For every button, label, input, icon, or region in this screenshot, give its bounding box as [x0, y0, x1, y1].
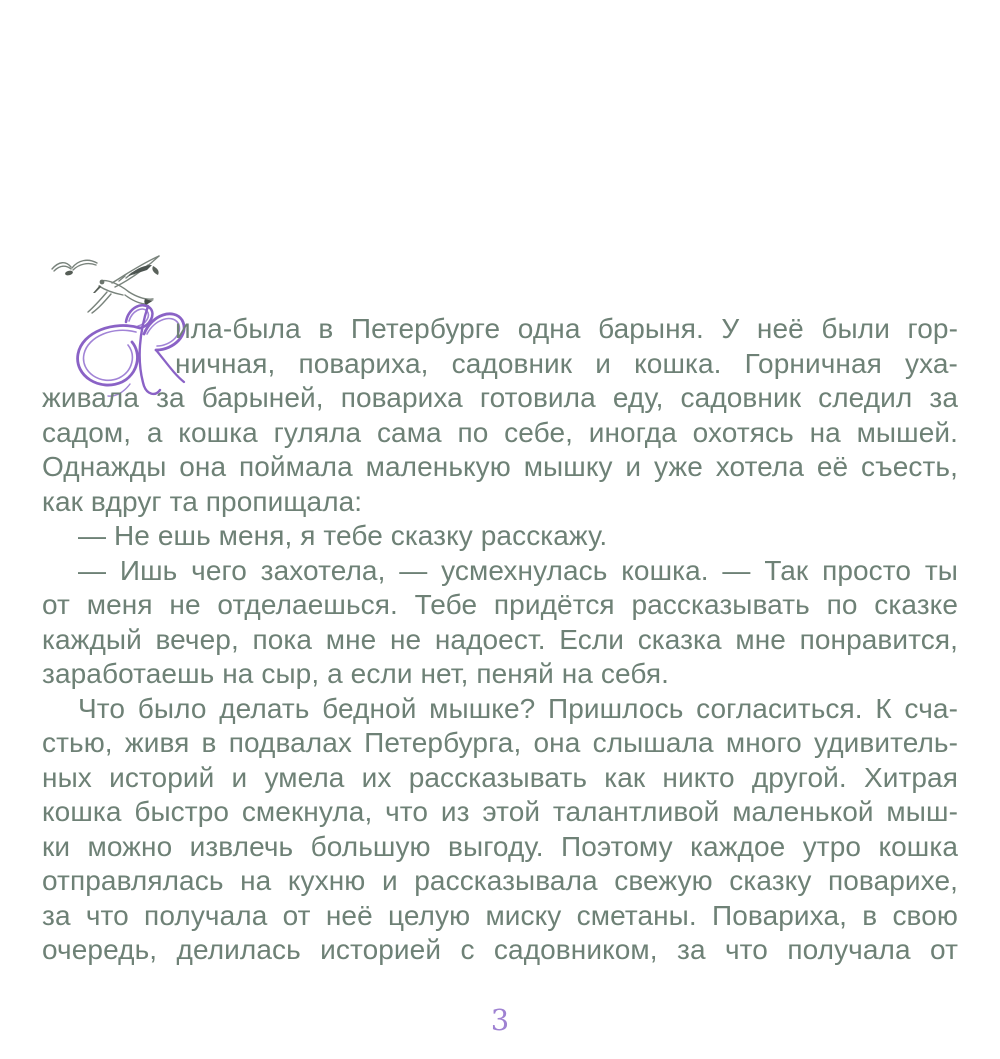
text-line: отправлялась на кухню и рассказывала све…: [42, 864, 958, 899]
text-line: садом, а кошка гуляла сама по себе, иног…: [42, 416, 958, 451]
text-line: стью, живя в подвалах Петербурга, она сл…: [42, 726, 958, 761]
text-line: — Не ешь меня, я тебе сказку расскажу.: [42, 519, 958, 554]
text-line: — Ишь чего захотела, — усмехнулась кошка…: [42, 554, 958, 589]
text-line: Однажды она поймала маленькую мышку и уж…: [42, 450, 958, 485]
text-line: как вдруг та пропищала:: [42, 485, 958, 520]
story-text: ила-была в Петербурге одна барыня. У неё…: [42, 312, 958, 968]
text-line: каждый вечер, пока мне не надоест. Если …: [42, 623, 958, 658]
text-line: живала за барыней, повариха готовила еду…: [42, 381, 958, 416]
book-page: Ж ила-была в Петербурге одна барыня. У н…: [0, 0, 1000, 1059]
text-line: Что было делать бедной мышке? Пришлось с…: [42, 692, 958, 727]
text-line: от меня не отделаешься. Тебе придётся ра…: [42, 588, 958, 623]
text-line: ила-была в Петербурге одна барыня. У неё…: [175, 312, 958, 347]
text-line: очередь, делилась историей с садовником,…: [42, 933, 958, 968]
text-line: кошка быстро смекнула, что из этой талан…: [42, 795, 958, 830]
text-line: ничная, повариха, садовник и кошка. Горн…: [175, 347, 958, 382]
text-line: ки можно извлечь большую выгоду. Поэтому…: [42, 830, 958, 865]
text-line: ных историй и умела их рассказывать как …: [42, 761, 958, 796]
text-line: заработаешь на сыр, а если нет, пеняй на…: [42, 657, 958, 692]
page-number: 3: [42, 1003, 958, 1037]
text-line: за что получала от неё целую миску смета…: [42, 899, 958, 934]
